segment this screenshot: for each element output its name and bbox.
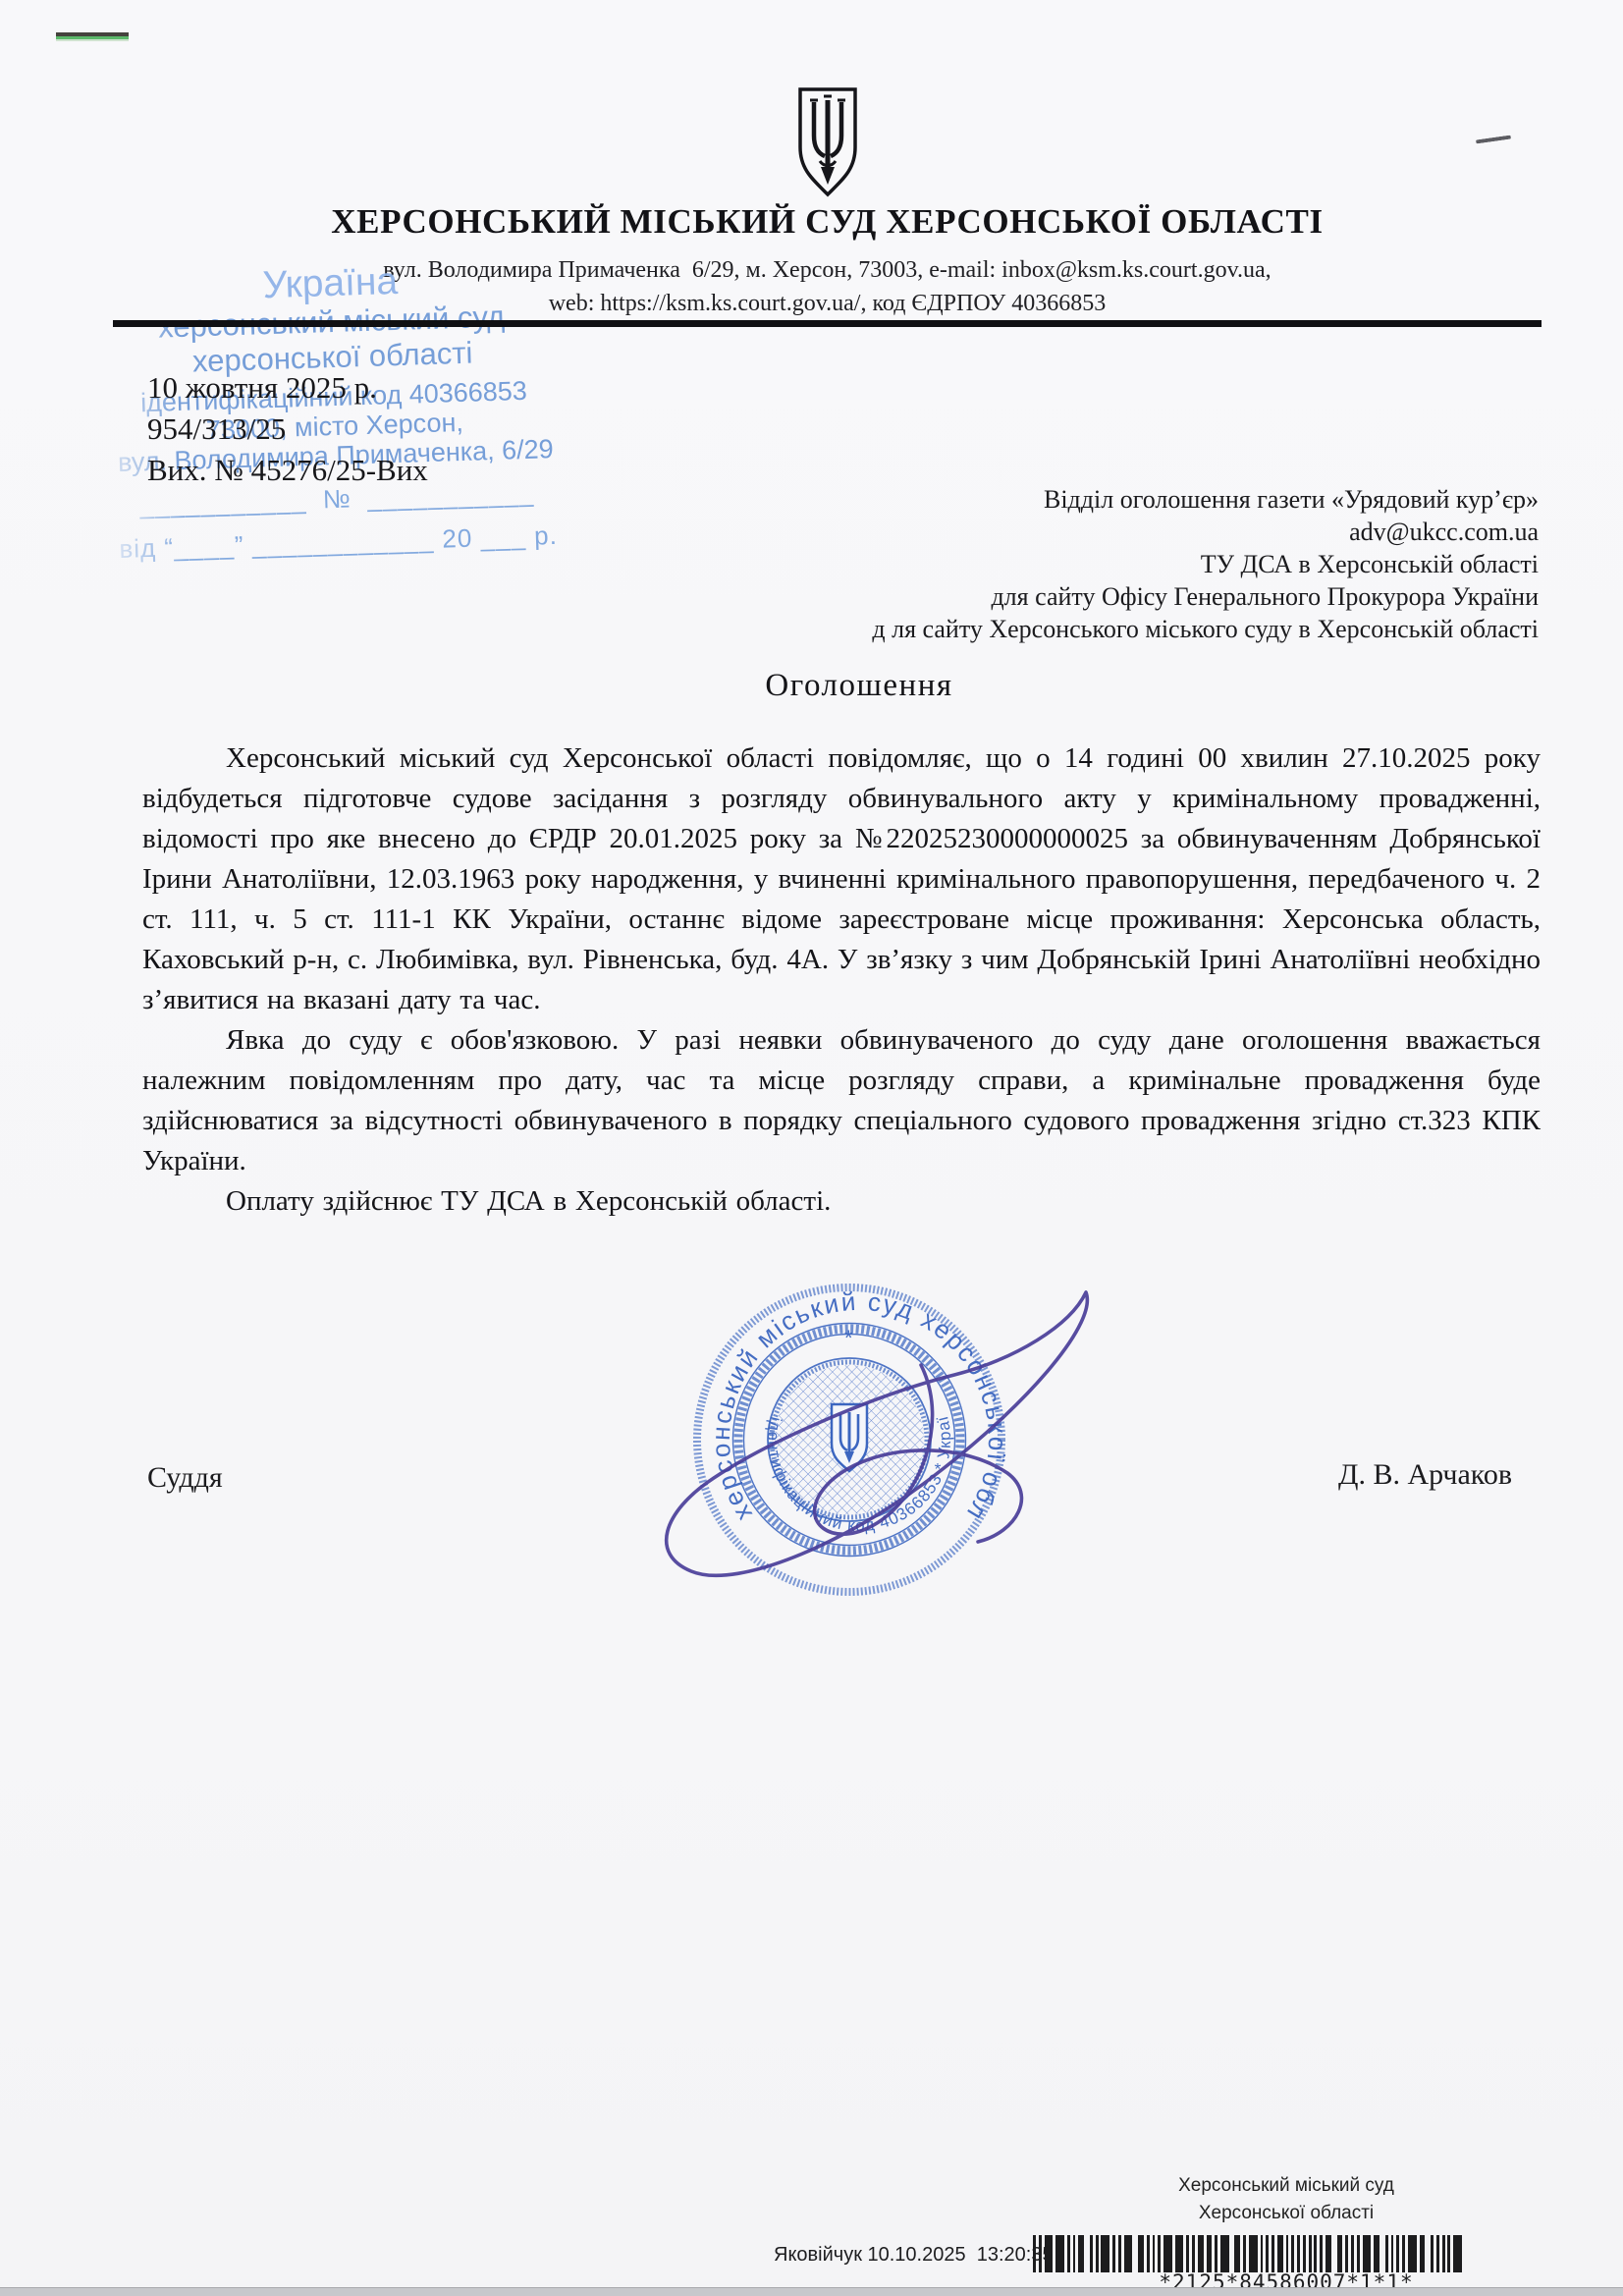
recipient-tudsa: ТУ ДСА в Херсонській області <box>459 548 1539 580</box>
court-seal: херсонський міський суд херсонської обла… <box>619 1245 1119 1677</box>
scan-bottom-edge <box>0 2287 1623 2296</box>
announcement-paragraph-2: Явка до суду є обов'язковою. У разі неяв… <box>142 1020 1541 1181</box>
outgoing-ref-number: Вих. № 45276/25-Вих <box>147 453 428 488</box>
outgoing-date: 10 жовтня 2025 р. <box>147 370 377 406</box>
announcement-heading: Оголошення <box>142 668 1576 704</box>
footer-court-line2: Херсонської області <box>1080 2200 1492 2226</box>
recipient-newspaper: Відділ оголошення газети «Урядовий кур’є… <box>459 483 1539 516</box>
barcode <box>1033 2235 1540 2272</box>
footer-court-line1: Херсонський міський суд <box>1080 2172 1492 2199</box>
judge-name: Д. В. Арчаков <box>1217 1458 1512 1492</box>
recipients-block: Відділ оголошення газети «Урядовий кур’є… <box>459 483 1539 645</box>
case-number: 954/313/25 <box>147 411 286 447</box>
scanned-court-letter: ХЕРСОНСЬКИЙ МІСЬКИЙ СУД ХЕРСОНСЬКОЇ ОБЛА… <box>0 0 1623 2296</box>
scan-pen-dash <box>1476 136 1511 144</box>
court-seal-and-signature: херсонський міський суд херсонської обла… <box>619 1245 1119 1677</box>
scan-green-mark <box>56 32 129 41</box>
header-rule <box>113 320 1542 327</box>
recipient-court-site: д ля сайту Херсонського міського суду в … <box>459 613 1539 645</box>
announcement-paragraph-3: Оплату здійснює ТУ ДСА в Херсонській обл… <box>142 1181 1541 1222</box>
recipient-prosecutor-site: для сайту Офісу Генерального Прокурора У… <box>459 580 1539 613</box>
footer-operator-timestamp: Яковійчук 10.10.2025 13:20:35 <box>774 2244 1054 2267</box>
court-title: ХЕРСОНСЬКИЙ МІСЬКИЙ СУД ХЕРСОНСЬКОЇ ОБЛА… <box>113 202 1542 242</box>
judge-role-label: Суддя <box>147 1461 223 1495</box>
recipient-email: adv@ukcc.com.ua <box>459 516 1539 548</box>
ukraine-trident-emblem-icon <box>792 84 863 200</box>
announcement-body: Херсонський міський суд Херсонської обла… <box>142 738 1541 1222</box>
seal-top-star: * <box>844 1326 853 1350</box>
announcement-paragraph-1: Херсонський міський суд Херсонської обла… <box>142 738 1541 1020</box>
